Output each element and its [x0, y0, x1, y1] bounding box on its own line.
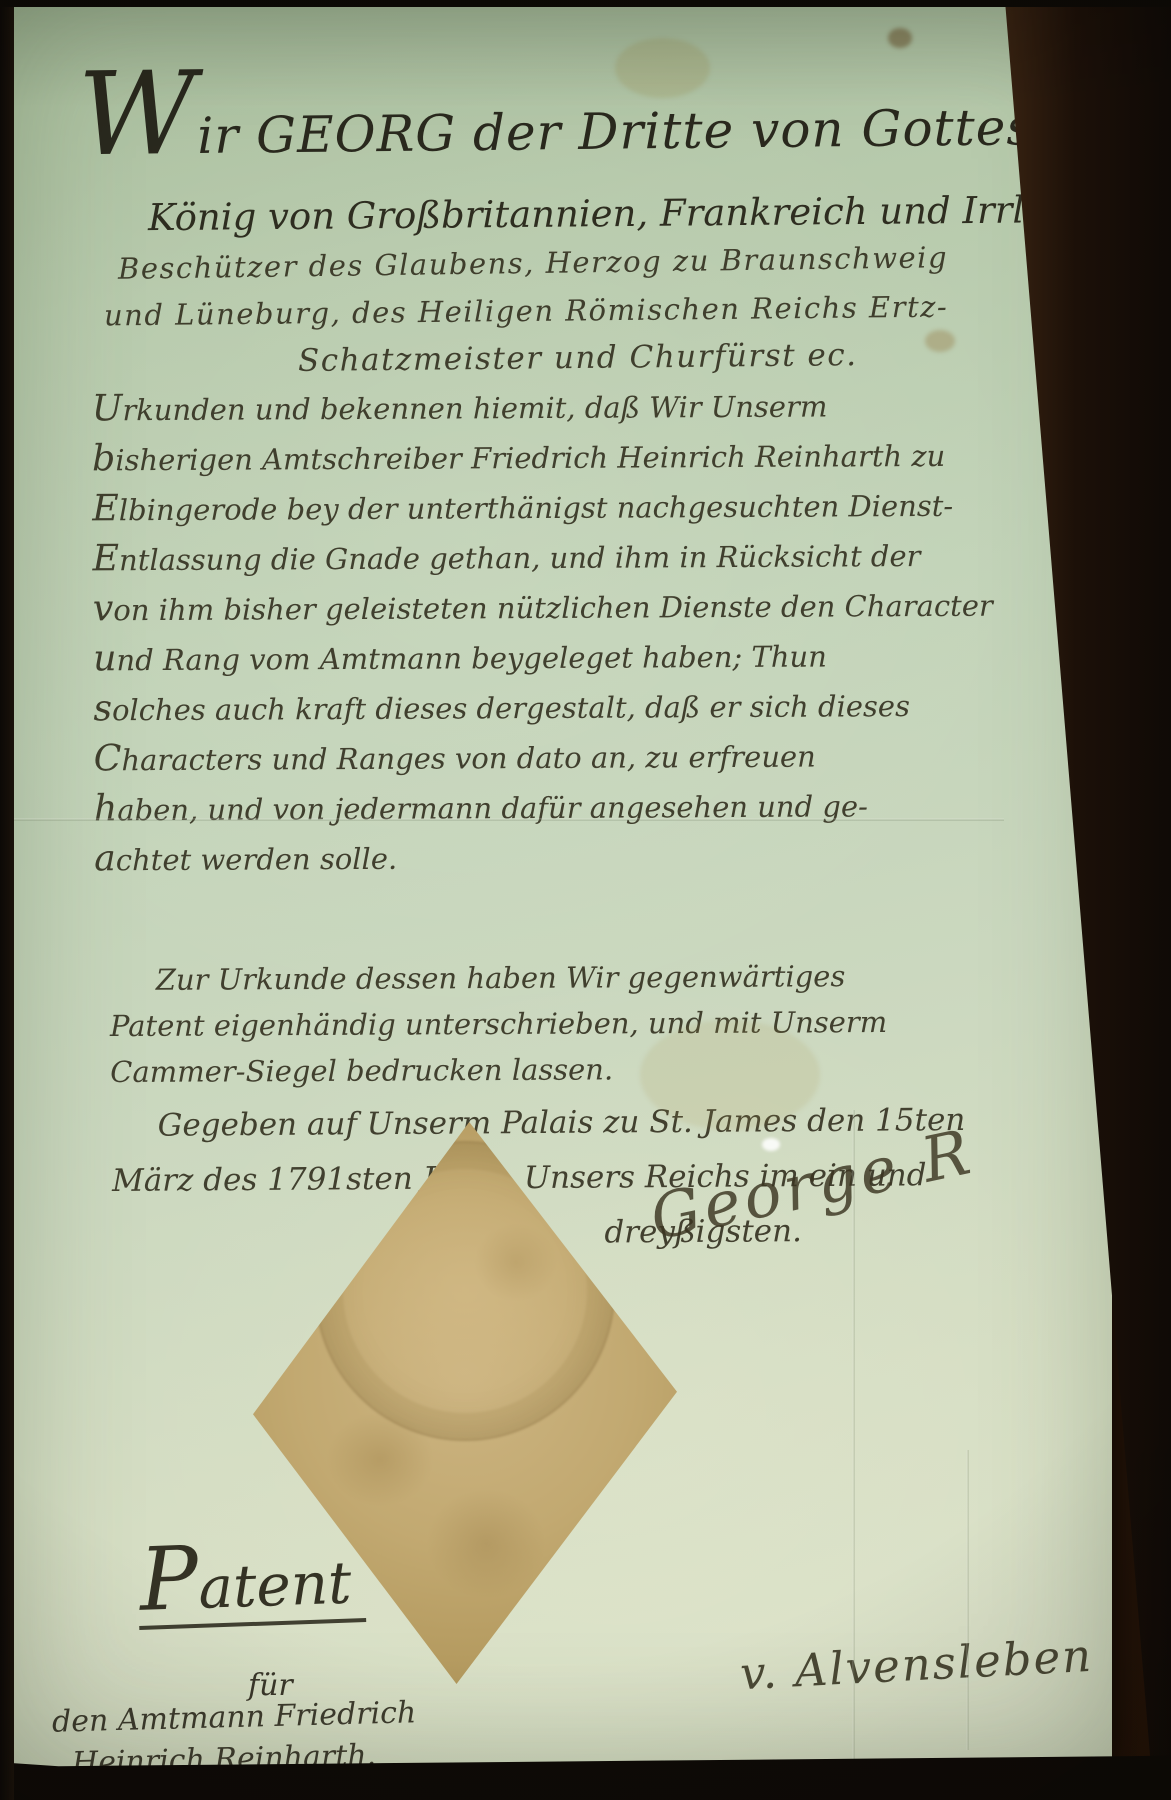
manuscript-line: und Rang vom Amtmann beygeleget haben; T…: [93, 630, 993, 685]
manuscript-line: achtet werden solle.: [94, 830, 994, 885]
heading-line: König von Großbritannien, Frankreich und…: [148, 188, 1106, 239]
docket-title: Patent: [137, 1548, 367, 1630]
manuscript-line: von ihm bisher geleisteten nützlichen Di…: [93, 580, 993, 635]
age-stain: [615, 38, 710, 98]
manuscript-line: Elbingerode bey der unterthänigst nachge…: [92, 480, 992, 535]
manuscript-line: Entlassung die Gnade gethan, und ihm in …: [92, 530, 992, 585]
body-paragraph: Urkunden und bekennen hiemit, daß Wir Un…: [92, 380, 995, 885]
manuscript-line: Urkunden und bekennen hiemit, daß Wir Un…: [92, 380, 992, 435]
heading-line: Wir GEORG der Dritte von Gottes Gnaden,: [78, 80, 1171, 166]
heading-line: Schatzmeister und Churfürst ec.: [298, 337, 858, 379]
vertical-fold-crease: [966, 1450, 969, 1750]
manuscript-line: bisherigen Amtschreiber Friedrich Heinri…: [92, 430, 992, 485]
manuscript-line: Characters und Ranges von dato an, zu er…: [94, 730, 994, 785]
manuscript-line: haben, und von jedermann dafür angesehen…: [94, 780, 994, 835]
ink-spot: [888, 28, 912, 48]
manuscript-line: solches auch kraft dieses dergestalt, da…: [93, 680, 993, 735]
camera-flash-glare: [762, 1138, 780, 1151]
manuscript-line: Zur Urkunde dessen haben Wir gegenwärtig…: [110, 953, 887, 1003]
photo-frame-edge: [0, 0, 1171, 7]
age-stain: [640, 1020, 820, 1130]
horizontal-fold-crease: [14, 818, 1004, 821]
photo-frame-edge: [0, 0, 14, 1800]
age-stain: [925, 330, 955, 352]
photograph-of-document: Wir GEORG der Dritte von Gottes Gnaden, …: [0, 0, 1171, 1800]
